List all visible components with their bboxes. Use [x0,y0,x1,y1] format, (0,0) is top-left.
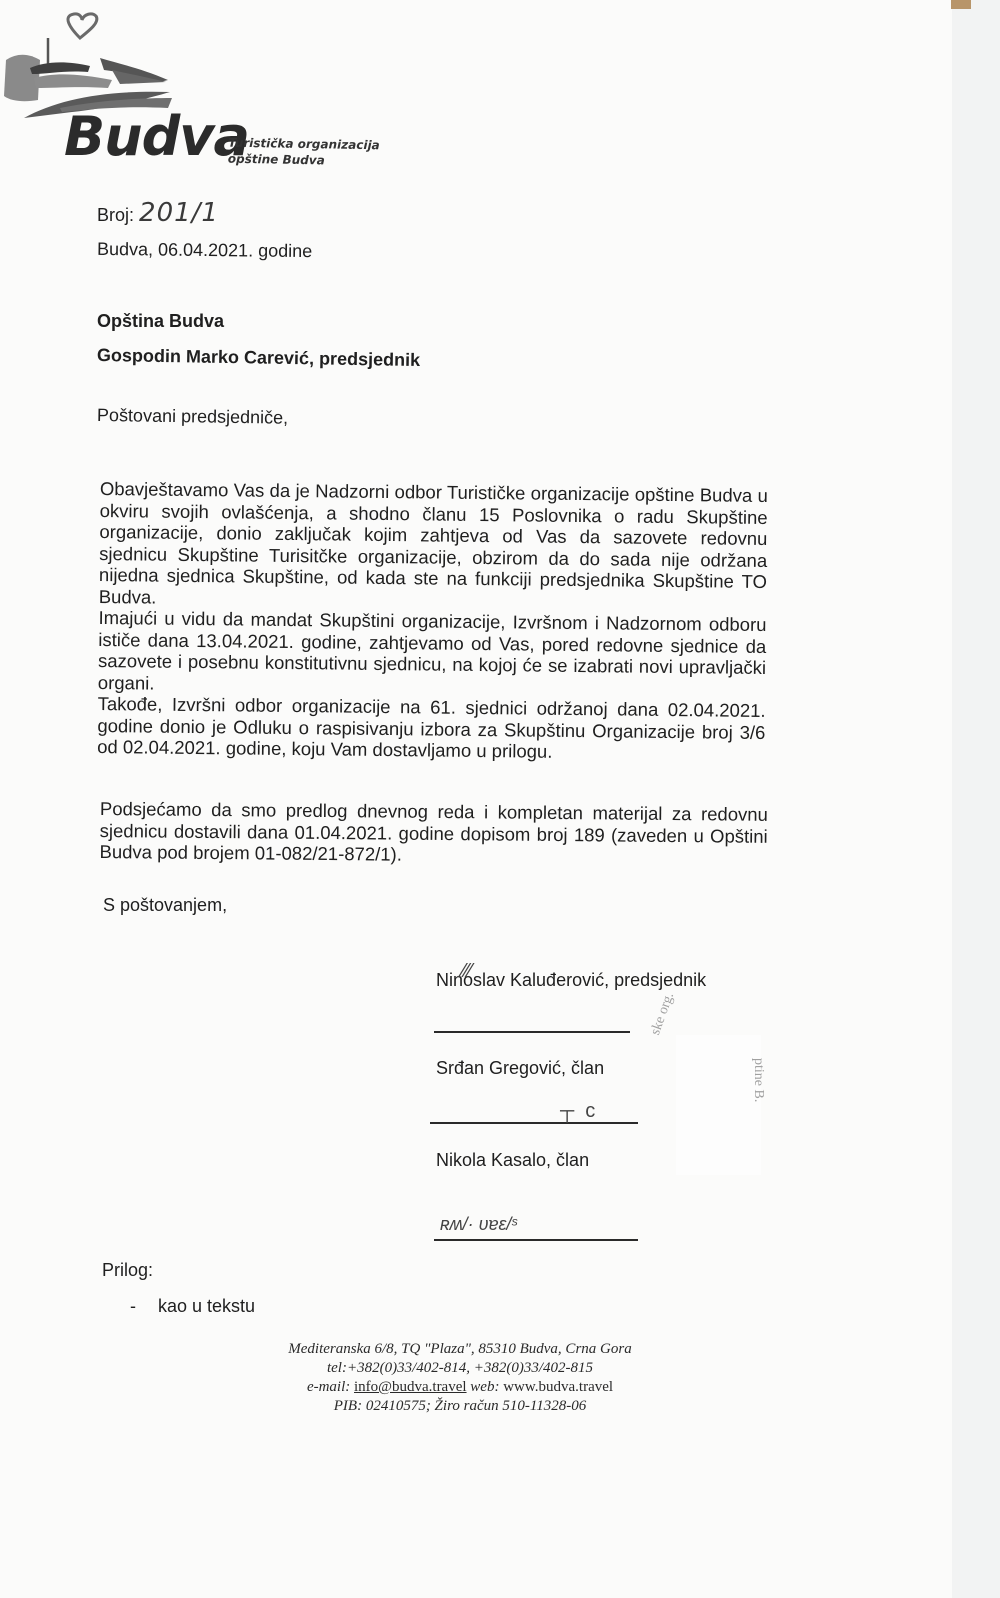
redacted-area [676,1035,761,1175]
stamp-fragment-right: ptine B. [750,1058,766,1102]
brand-wordmark: Budva [64,110,249,164]
body-paragraph-4: Podsjećamo da smo predlog dnevnog reda i… [99,798,768,868]
scan-edge [952,0,1000,1598]
letter-body-reminder: Podsjećamo da smo predlog dnevnog reda i… [99,798,768,868]
email-label: e-mail: [307,1379,350,1395]
signature-3-scribble: ʀʍ/· ʋɐɛ/ˢ [440,1214,517,1235]
signatory-1-name: Ninoslav Kaluđerović, predsjednik [436,970,706,991]
body-paragraph-3: Takođe, Izvršni odbor organizacije na 61… [97,693,766,764]
tagline-line2: opštine Budva [228,151,380,170]
reference-number: Broj: 201/1 [97,198,219,228]
attachment-label: Prilog: [102,1260,153,1281]
letterhead-footer: Mediteranska 6/8, TQ "Plaza", 85310 Budv… [200,1340,720,1416]
salutation: Poštovani predsjedniče, [97,405,288,429]
place-date: Budva, 06.04.2021. godine [97,239,312,262]
signature-line-1 [434,1031,630,1033]
recipient-organization: Opština Budva [97,311,224,332]
scan-corner-mark [951,0,971,9]
web-link[interactable]: www.budva.travel [503,1379,613,1395]
reference-number-value: 201/1 [139,198,219,228]
footer-telephone: tel:+382(0)33/402-814, +382(0)33/402-815 [200,1359,720,1378]
body-paragraph-1: Obavještavamo Vas da je Nadzorni odbor T… [99,478,768,614]
web-label: web: [470,1379,499,1395]
body-paragraph-2: Imajući u vidu da mandat Skupštini organ… [98,607,767,700]
attachment-bullet: - [130,1296,136,1317]
reference-number-label: Broj: [97,205,134,225]
brand-tagline: Turistička organizacija opštine Budva [228,135,380,170]
signatory-3-name: Nikola Kasalo, član [436,1150,589,1171]
signatory-2-name: Srđan Gregović, član [436,1058,604,1079]
attachment-item: kao u tekstu [158,1296,255,1317]
signature-2-scribble: ┬ c [560,1100,595,1123]
closing: S poštovanjem, [103,895,227,916]
letter-body: Obavještavamo Vas da je Nadzorni odbor T… [97,478,768,764]
letterhead-logo: Budva Turistička organizacija opštine Bu… [0,8,400,178]
footer-address: Mediteranska 6/8, TQ "Plaza", 85310 Budv… [200,1340,720,1359]
signature-line-2 [430,1122,638,1124]
footer-tax-bank: PIB: 02410575; Žiro račun 510-11328-06 [200,1397,720,1416]
signature-1-scribble: ⁄⁄⁄ [462,960,472,983]
footer-contact: e-mail: info@budva.travel web: www.budva… [200,1378,720,1397]
signature-line-3 [434,1239,638,1241]
email-link[interactable]: info@budva.travel [354,1379,467,1395]
